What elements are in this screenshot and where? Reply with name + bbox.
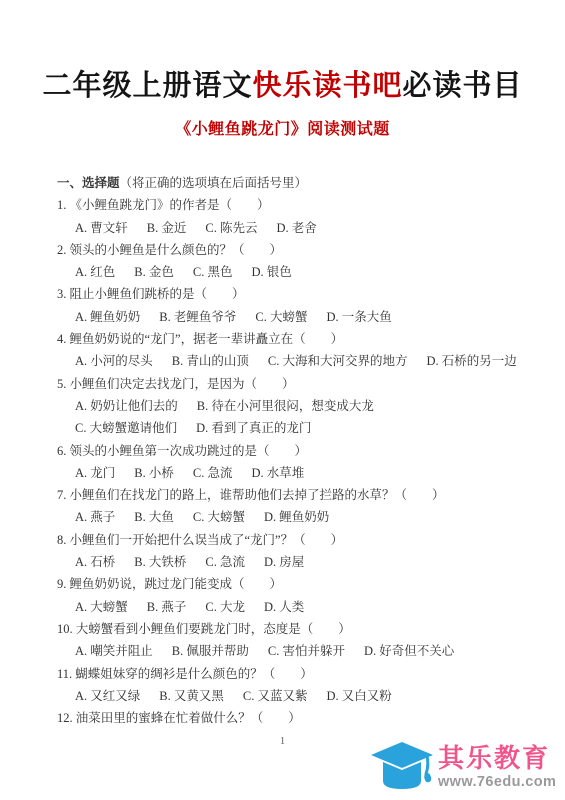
option-line: A. 嘲笑并阻止B. 佩服并帮助C. 害怕并躲开D. 好奇但不关心 bbox=[57, 640, 545, 662]
section-heading: 一、选择题（将正确的选项填在后面括号里） bbox=[57, 172, 545, 194]
question-text: 2. 领头的小鲤鱼是什么颜色的？（ ） bbox=[57, 239, 545, 261]
option: A. 小河的尽头 bbox=[75, 350, 153, 372]
question-text: 12. 油菜田里的蜜蜂在忙着做什么？（ ） bbox=[57, 707, 545, 729]
option: B. 金色 bbox=[134, 261, 174, 283]
question-text: 7. 小鲤鱼们在找龙门的路上，谁帮助他们去掉了拦路的水草？（ ） bbox=[57, 484, 545, 506]
option-line: A. 小河的尽头B. 青山的山顶C. 大海和大河交界的地方D. 石桥的另一边 bbox=[57, 350, 545, 372]
option: C. 大龙 bbox=[205, 596, 245, 618]
document-page: 二年级上册语文快乐读书吧必读书目 《小鲤鱼跳龙门》阅读测试题 一、选择题（将正确… bbox=[0, 0, 565, 800]
option: C. 害怕并躲开 bbox=[268, 640, 345, 662]
question-list: 一、选择题（将正确的选项填在后面括号里） 1. 《小鲤鱼跳龙门》的作者是（ ）A… bbox=[57, 172, 545, 729]
option: B. 青山的山顶 bbox=[172, 350, 249, 372]
option: D. 又白又粉 bbox=[326, 685, 391, 707]
question-text: 8. 小鲤鱼们一开始把什么误当成了“龙门”？（ ） bbox=[57, 529, 545, 551]
title-highlight: 快乐读书吧 bbox=[252, 70, 402, 102]
question-text: 11. 蝴蝶姐妹穿的绸衫是什么颜色的？（ ） bbox=[57, 663, 545, 685]
logo-text: 其乐教育 www.76edu.com bbox=[438, 737, 556, 791]
question-text: 4. 鲤鱼奶奶说的“龙门”，据老一辈讲矗立在（ ） bbox=[57, 328, 545, 350]
option: B. 大鱼 bbox=[134, 506, 174, 528]
option: C. 急流 bbox=[193, 462, 233, 484]
option: C. 又蓝又紫 bbox=[243, 685, 308, 707]
option: B. 又黄又黑 bbox=[159, 685, 224, 707]
option-line: A. 大螃蟹B. 燕子C. 大龙D. 人类 bbox=[57, 596, 545, 618]
option: A. 鲤鱼奶奶 bbox=[75, 306, 140, 328]
option: A. 奶奶让他们去的 bbox=[75, 395, 178, 417]
section-label: 一、选择题 bbox=[57, 176, 120, 190]
option: D. 人类 bbox=[264, 596, 304, 618]
option: D. 看到了真正的龙门 bbox=[196, 417, 311, 439]
question-text: 6. 领头的小鲤鱼第一次成功跳过的是（ ） bbox=[57, 440, 545, 462]
option-line: A. 燕子B. 大鱼C. 大螃蟹D. 鲤鱼奶奶 bbox=[57, 506, 545, 528]
question-text: 5. 小鲤鱼们决定去找龙门，是因为（ ） bbox=[57, 373, 545, 395]
title-prefix: 二年级上册语文 bbox=[42, 70, 252, 102]
option: A. 燕子 bbox=[75, 506, 115, 528]
page-title: 二年级上册语文快乐读书吧必读书目 bbox=[0, 63, 565, 104]
option: C. 黑色 bbox=[193, 261, 233, 283]
question-text: 1. 《小鲤鱼跳龙门》的作者是（ ） bbox=[57, 194, 545, 216]
footer-logo: 其乐教育 www.76edu.com bbox=[369, 737, 556, 799]
option: A. 嘲笑并阻止 bbox=[75, 640, 153, 662]
option-line: A. 曹文轩B. 金近C. 陈先云D. 老舍 bbox=[57, 217, 545, 239]
option: D. 鲤鱼奶奶 bbox=[264, 506, 329, 528]
option: C. 大螃蟹邀请他们 bbox=[75, 417, 177, 439]
option: C. 大海和大河交界的地方 bbox=[268, 350, 408, 372]
question-text: 10. 大螃蟹看到小鲤鱼们要跳龙门时，态度是（ ） bbox=[57, 618, 545, 640]
option: B. 金近 bbox=[147, 217, 187, 239]
option: D. 银色 bbox=[251, 261, 291, 283]
section-note: （将正确的选项填在后面括号里） bbox=[120, 176, 308, 190]
question-text: 9. 鲤鱼奶奶说，跳过龙门能变成（ ） bbox=[57, 573, 545, 595]
option: A. 石桥 bbox=[75, 551, 115, 573]
option: A. 又红又绿 bbox=[75, 685, 140, 707]
option: C. 急流 bbox=[205, 551, 245, 573]
option: C. 大螃蟹 bbox=[255, 306, 307, 328]
option-line: A. 石桥B. 大铁桥C. 急流D. 房屋 bbox=[57, 551, 545, 573]
logo-website: www.76edu.com bbox=[438, 774, 556, 791]
graduation-cap-icon bbox=[369, 741, 435, 799]
logo-brand: 其乐教育 bbox=[438, 743, 556, 774]
option: A. 龙门 bbox=[75, 462, 115, 484]
option: D. 石桥的另一边 bbox=[426, 350, 516, 372]
option: A. 红色 bbox=[75, 261, 115, 283]
option: A. 大螃蟹 bbox=[75, 596, 128, 618]
option: B. 老鲤鱼爷爷 bbox=[159, 306, 236, 328]
option: D. 水草堆 bbox=[251, 462, 304, 484]
option: D. 一条大鱼 bbox=[326, 306, 391, 328]
option-line: A. 龙门B. 小桥C. 急流D. 水草堆 bbox=[57, 462, 545, 484]
option: B. 小桥 bbox=[134, 462, 174, 484]
option-line: A. 红色B. 金色C. 黑色D. 银色 bbox=[57, 261, 545, 283]
option: A. 曹文轩 bbox=[75, 217, 128, 239]
option-line: A. 奶奶让他们去的B. 待在小河里很闷，想变成大龙 bbox=[57, 395, 545, 417]
option-line: C. 大螃蟹邀请他们D. 看到了真正的龙门 bbox=[57, 417, 545, 439]
option-line: A. 又红又绿B. 又黄又黑C. 又蓝又紫D. 又白又粉 bbox=[57, 685, 545, 707]
option: B. 待在小河里很闷，想变成大龙 bbox=[197, 395, 374, 417]
option: C. 陈先云 bbox=[205, 217, 257, 239]
option: B. 佩服并帮助 bbox=[172, 640, 249, 662]
option: D. 老舍 bbox=[276, 217, 316, 239]
option: D. 好奇但不关心 bbox=[364, 640, 454, 662]
question-text: 3. 阻止小鲤鱼们跳桥的是（ ） bbox=[57, 283, 545, 305]
option: D. 房屋 bbox=[264, 551, 304, 573]
option: B. 燕子 bbox=[147, 596, 187, 618]
page-subtitle: 《小鲤鱼跳龙门》阅读测试题 bbox=[0, 116, 565, 139]
title-suffix: 必读书目 bbox=[403, 70, 523, 102]
option-line: A. 鲤鱼奶奶B. 老鲤鱼爷爷C. 大螃蟹D. 一条大鱼 bbox=[57, 306, 545, 328]
option: B. 大铁桥 bbox=[134, 551, 186, 573]
option: C. 大螃蟹 bbox=[193, 506, 245, 528]
